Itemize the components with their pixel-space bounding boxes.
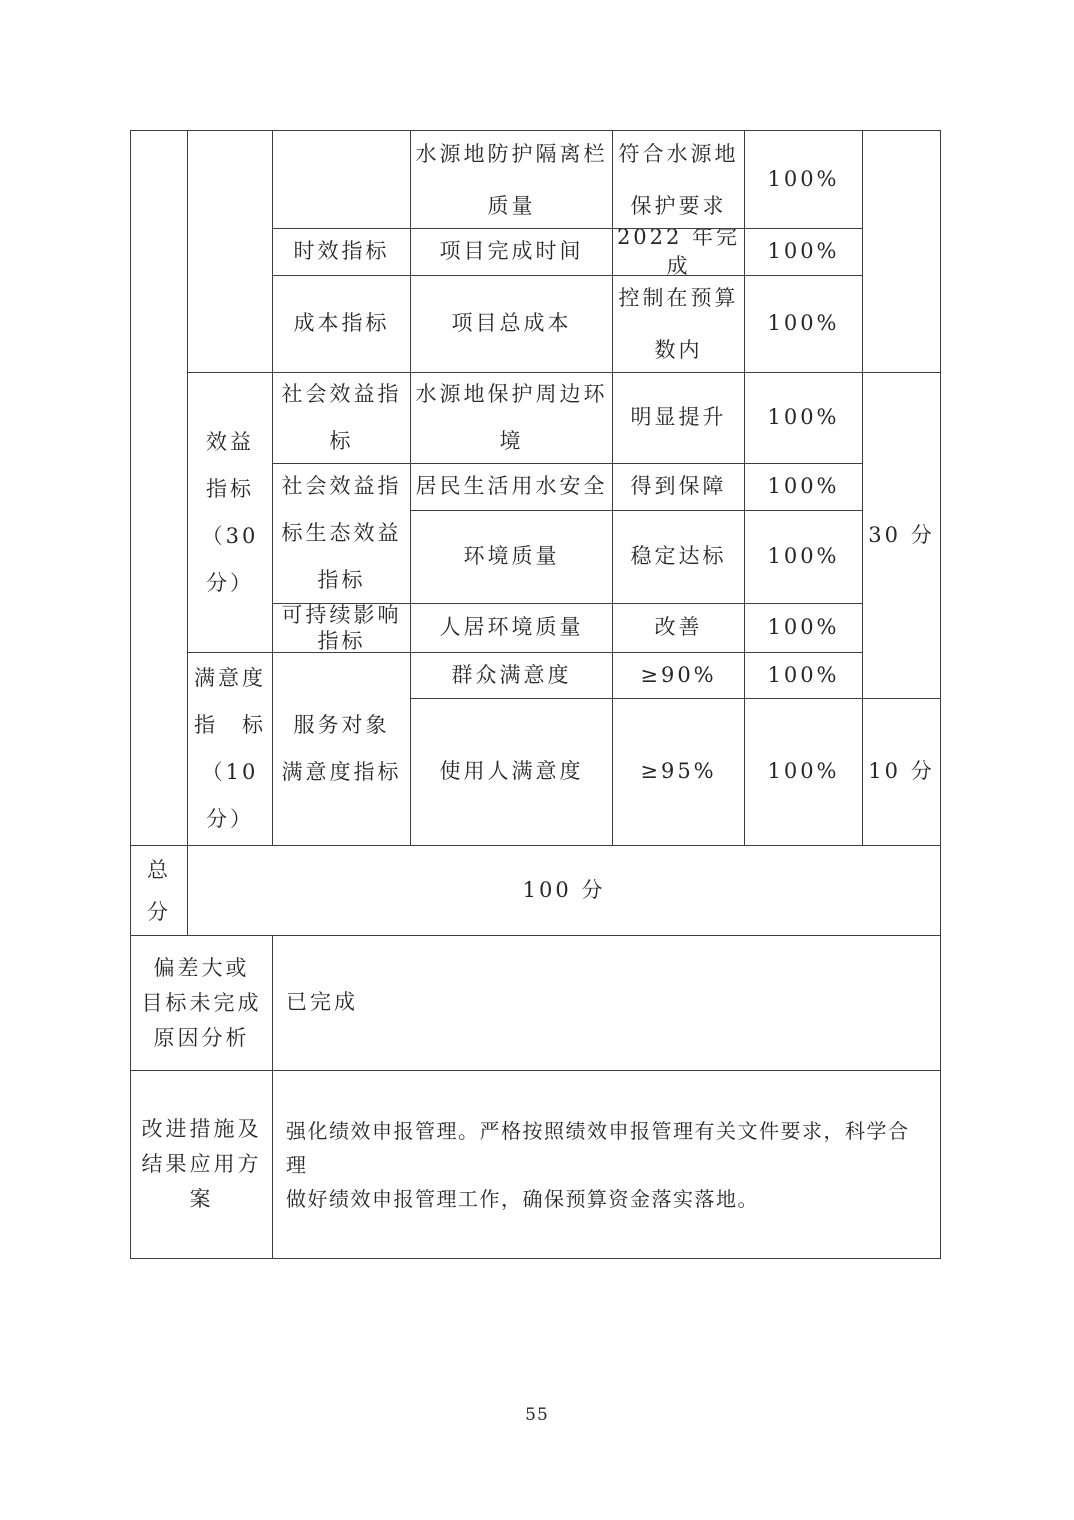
cell-benefit-score: 30 分: [863, 373, 941, 699]
cell-col1-empty: [131, 131, 188, 846]
performance-evaluation-table: 水源地防护隔离栏 质量 符合水源地 保护要求 100% 时效指标 项目完成时间 …: [130, 130, 941, 1259]
cell-eco-category: 社会效益指 标生态效益 指标: [273, 464, 411, 604]
cell-public-target: ≥90%: [613, 653, 745, 699]
cell-user-rate: 100%: [745, 699, 863, 846]
cell-col7-empty-top: [863, 131, 941, 373]
cell-social-indicator: 水源地保护周边环 境: [411, 373, 613, 464]
cell-satisfaction-category: 服务对象 满意度指标: [273, 653, 411, 846]
cell-quality-indicator: 水源地防护隔离栏 质量: [411, 131, 613, 229]
cell-sustain-category: 可持续影响 指标: [273, 604, 411, 653]
cell-quality-category-empty: [273, 131, 411, 229]
cell-time-rate: 100%: [745, 229, 863, 276]
cell-eco-water-target: 得到保障: [613, 464, 745, 511]
cell-total-value: 100 分: [188, 846, 941, 936]
cell-sustain-indicator: 人居环境质量: [411, 604, 613, 653]
cell-total-label: 总 分: [131, 846, 188, 936]
cell-deviation-label: 偏差大或 目标未完成 原因分析: [131, 936, 273, 1071]
cell-social-target: 明显提升: [613, 373, 745, 464]
cell-time-category: 时效指标: [273, 229, 411, 276]
cell-eco-water-rate: 100%: [745, 464, 863, 511]
cell-eco-env-rate: 100%: [745, 511, 863, 604]
page-number: 55: [0, 1405, 1074, 1425]
cell-cost-target: 控制在预算 数内: [613, 276, 745, 373]
cell-eco-water-indicator: 居民生活用水安全: [411, 464, 613, 511]
cell-satisfaction-header: 满意度 指 标 （10 分）: [188, 653, 273, 846]
cell-public-indicator: 群众满意度: [411, 653, 613, 699]
cell-improvement-value: 强化绩效申报管理。严格按照绩效申报管理有关文件要求，科学合理 做好绩效申报管理工…: [273, 1071, 941, 1259]
cell-time-target: 2022 年完成: [613, 229, 745, 276]
cell-eco-env-indicator: 环境质量: [411, 511, 613, 604]
cell-cost-indicator: 项目总成本: [411, 276, 613, 373]
cell-quality-target: 符合水源地 保护要求: [613, 131, 745, 229]
cell-eco-env-target: 稳定达标: [613, 511, 745, 604]
cell-social-category: 社会效益指 标: [273, 373, 411, 464]
cell-public-rate: 100%: [745, 653, 863, 699]
cell-improvement-label: 改进措施及 结果应用方 案: [131, 1071, 273, 1259]
cell-quality-rate: 100%: [745, 131, 863, 229]
cell-col2-empty-top: [188, 131, 273, 373]
cell-cost-category: 成本指标: [273, 276, 411, 373]
cell-cost-rate: 100%: [745, 276, 863, 373]
cell-social-rate: 100%: [745, 373, 863, 464]
cell-deviation-value: 已完成: [273, 936, 941, 1071]
cell-user-target: ≥95%: [613, 699, 745, 846]
cell-benefit-header: 效益 指标 （30 分）: [188, 373, 273, 653]
cell-user-indicator: 使用人满意度: [411, 699, 613, 846]
cell-sustain-target: 改善: [613, 604, 745, 653]
document-page: 水源地防护隔离栏 质量 符合水源地 保护要求 100% 时效指标 项目完成时间 …: [0, 0, 1074, 1520]
cell-time-indicator: 项目完成时间: [411, 229, 613, 276]
cell-satisfaction-score: 10 分: [863, 699, 941, 846]
cell-sustain-rate: 100%: [745, 604, 863, 653]
